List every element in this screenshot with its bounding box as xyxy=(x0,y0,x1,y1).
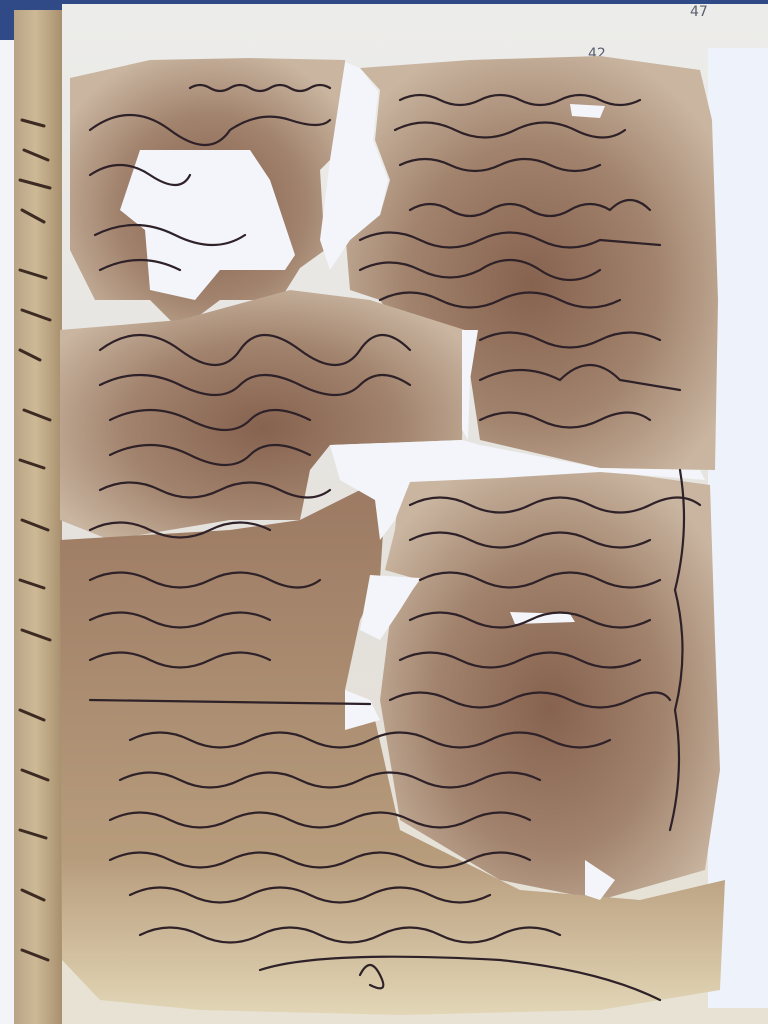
damaged-manuscript-leaf xyxy=(0,0,768,1024)
fragment-lower-right xyxy=(380,470,720,900)
manuscript-photo: 47 42 xyxy=(0,0,768,1024)
